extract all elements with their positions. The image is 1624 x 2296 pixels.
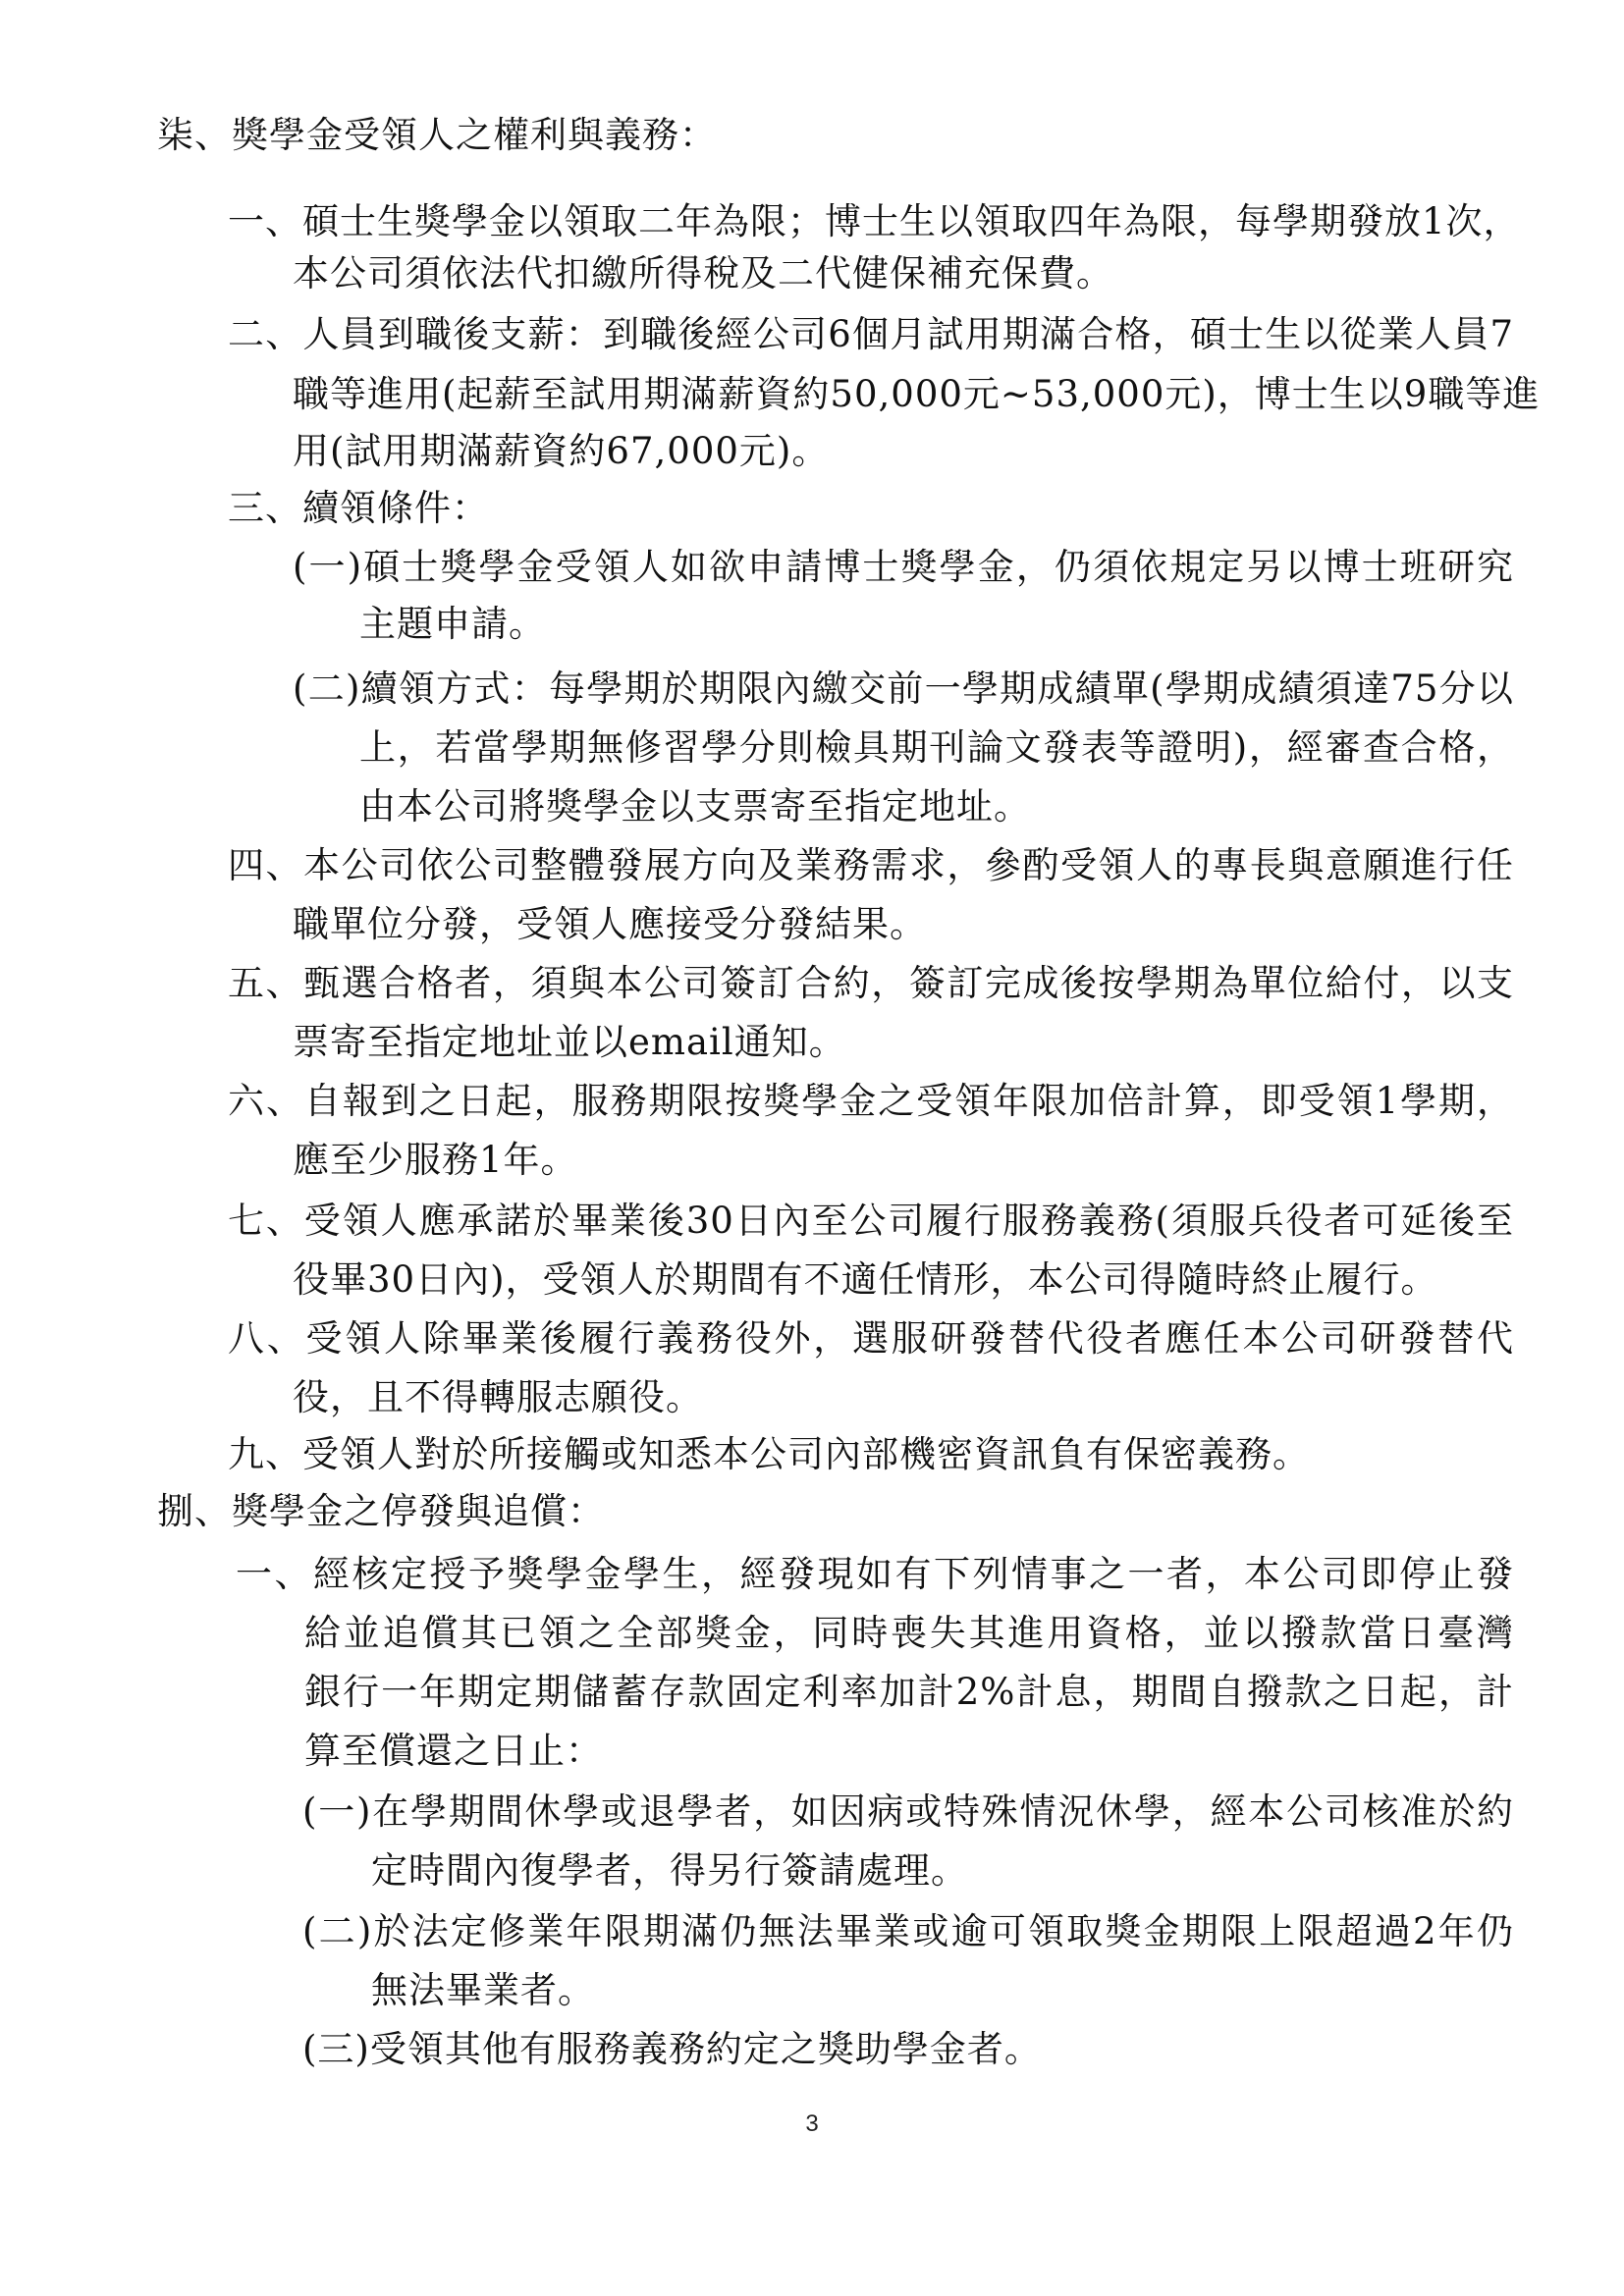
- item-4-line-2: 職單位分發，受領人應接受分發結果。: [293, 903, 927, 946]
- section-heading-7: 柒、獎學金受領人之權利與義務：: [157, 114, 717, 157]
- section-8-item-1-line-1: 一、經核定授予獎學金學生，經發現如有下列情事之一者，本公司即停止發: [236, 1553, 1514, 1596]
- item-3-sub-2-line-1: (二)續領方式：每學期於期限內繳交前一學期成績單(學期成績須達75分以: [293, 667, 1514, 711]
- item-3-sub-1-line-2: 主題申請。: [359, 603, 546, 646]
- item-3-sub-2-line-2: 上，若當學期無修習學分則檢具期刊論文發表等證明)，經審查合格，: [359, 726, 1514, 770]
- page-number: 3: [0, 2110, 1624, 2138]
- section-8-item-1-line-4: 算至償還之日止：: [304, 1730, 603, 1773]
- item-7-line-1: 七、受領人應承諾於畢業後30日內至公司履行服務義務(須服兵役者可延後至: [228, 1200, 1514, 1243]
- item-1-line-1: 一、碩士生獎學金以領取二年為限；博士生以領取四年為限，每學期發放1次，: [228, 200, 1514, 243]
- section-8-sub-1-line-1: (一)在學期間休學或退學者，如因病或特殊情況休學，經本公司核准於約: [302, 1790, 1514, 1834]
- item-8-line-2: 役，且不得轉服志願役。: [293, 1376, 703, 1419]
- section-8-sub-2-line-1: (二)於法定修業年限期滿仍無法畢業或逾可領取獎金期限上限超過2年仍: [302, 1910, 1514, 1953]
- document-page: 柒、獎學金受領人之權利與義務： 一、碩士生獎學金以領取二年為限；博士生以領取四年…: [0, 0, 1624, 2296]
- item-5-line-1: 五、甄選合格者，須與本公司簽訂合約，簽訂完成後按學期為單位給付，以支: [228, 962, 1514, 1005]
- item-6-line-1: 六、自報到之日起，服務期限按獎學金之受領年限加倍計算，即受領1學期，: [228, 1080, 1514, 1123]
- item-7-line-2: 役畢30日內)，受領人於期間有不適任情形，本公司得隨時終止履行。: [293, 1258, 1438, 1302]
- section-heading-8: 捌、獎學金之停發與追償：: [157, 1490, 605, 1533]
- item-4-line-1: 四、本公司依公司整體發展方向及業務需求，參酌受領人的專長與意願進行任: [228, 844, 1514, 887]
- item-5-line-2: 票寄至指定地址並以email通知。: [293, 1021, 846, 1064]
- item-3-sub-1-line-1: (一)碩士獎學金受領人如欲申請博士獎學金，仍須依規定另以博士班研究: [293, 546, 1514, 589]
- item-3-sub-2-line-3: 由本公司將獎學金以支票寄至指定地址。: [359, 785, 1031, 828]
- item-2-line-2: 職等進用(起薪至試用期滿薪資約50,000元~53,000元)，博士生以9職等進: [293, 373, 1514, 416]
- item-8-line-1: 八、受領人除畢業後履行義務役外，選服研發替代役者應任本公司研發替代: [228, 1317, 1514, 1361]
- item-6-line-2: 應至少服務1年。: [293, 1139, 578, 1182]
- item-2-line-1: 二、人員到職後支薪：到職後經公司6個月試用期滿合格，碩士生以從業人員7: [228, 313, 1514, 356]
- section-8-item-1-line-2: 給並追償其已領之全部獎金，同時喪失其進用資格，並以撥款當日臺灣: [304, 1612, 1514, 1655]
- section-8-sub-3-line-1: (三)受領其他有服務義務約定之獎助學金者。: [302, 2028, 1042, 2071]
- section-8-sub-2-line-2: 無法畢業者。: [371, 1969, 595, 2012]
- item-1-line-2: 本公司須依法代扣繳所得稅及二代健保補充保費。: [293, 252, 1113, 295]
- section-8-item-1-line-3: 銀行一年期定期儲蓄存款固定利率加計2%計息，期間自撥款之日起，計: [304, 1671, 1514, 1714]
- section-8-sub-1-line-2: 定時間內復學者，得另行簽請處理。: [371, 1849, 968, 1893]
- item-9-line-1: 九、受領人對於所接觸或知悉本公司內部機密資訊負有保密義務。: [228, 1433, 1310, 1476]
- item-2-line-3: 用(試用期滿薪資約67,000元)。: [293, 430, 829, 473]
- item-3-line-1: 三、續領條件：: [228, 487, 489, 530]
